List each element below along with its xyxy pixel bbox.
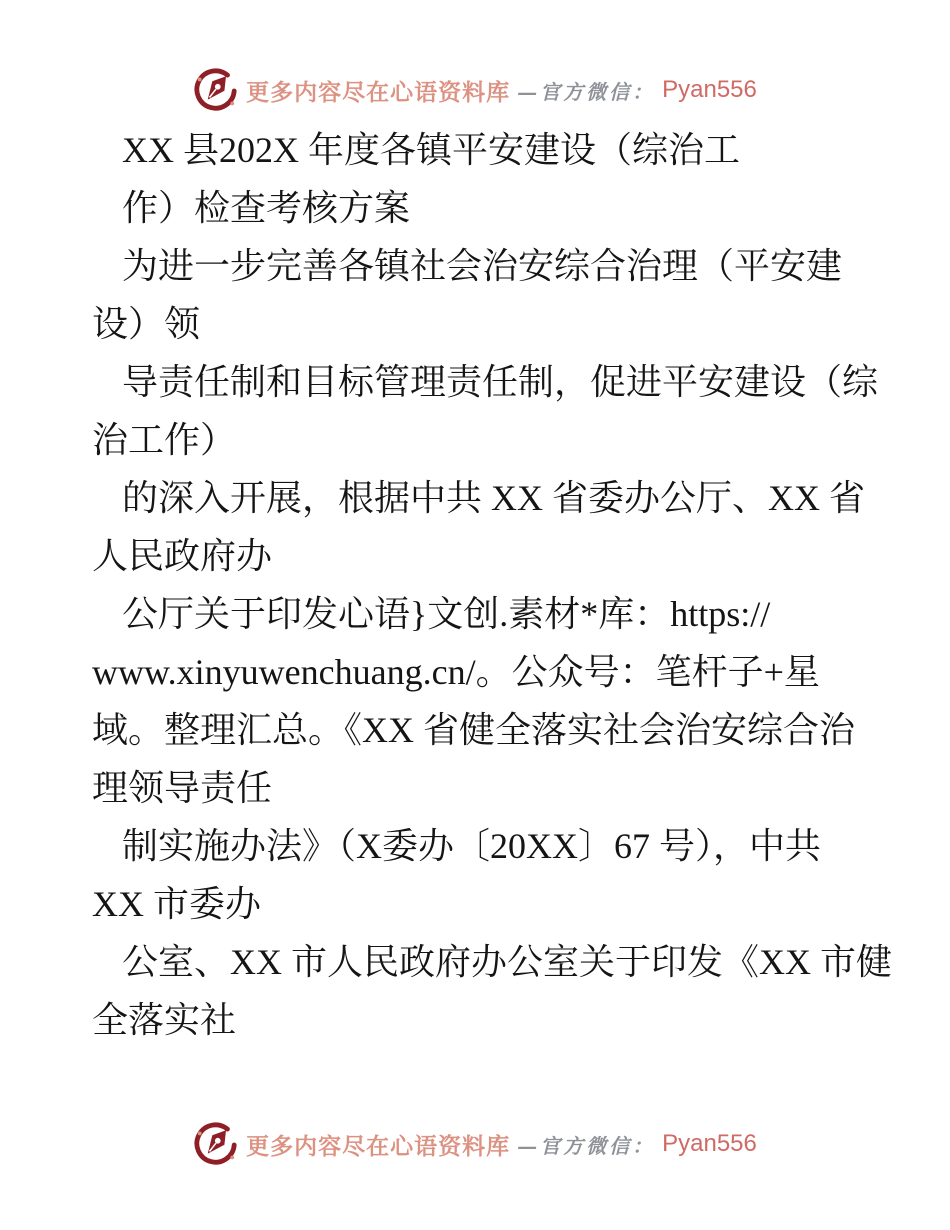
brand-text: 更多内容尽在心语资料库 <box>246 74 510 107</box>
text-line: 导责任制和目标管理责任制，促进平安建设（综 <box>92 353 892 411</box>
text-line: 制实施办法》（X委办〔20XX〕67 号），中共 <box>92 817 892 875</box>
text-line: 全落实社 <box>92 991 892 1049</box>
text-line: www.xinyuwenchuang.cn/。公众号：笔杆子+星 <box>92 643 892 701</box>
brand-logo-icon <box>193 1120 239 1168</box>
header-watermark: 更多内容尽在心语资料库 —官方微信： Pyan556 <box>0 64 950 116</box>
footer-watermark: 更多内容尽在心语资料库 —官方微信： Pyan556 <box>0 1118 950 1170</box>
text-line: 理领导责任 <box>92 759 892 817</box>
document-title-line: XX 县202X 年度各镇平安建设（综治工 <box>92 121 892 179</box>
text-line: 域。整理汇总。《XX 省健全落实社会治安综合治 <box>92 701 892 759</box>
document-title-line: 作）检查考核方案 <box>92 179 892 237</box>
text-line: 公厅关于印发心语}文创.素材*库：https:// <box>92 585 892 643</box>
text-line: XX 市委办 <box>92 875 892 933</box>
text-line: 设）领 <box>92 295 892 353</box>
wechat-id: Pyan556 <box>662 1130 757 1158</box>
document-body: XX 县202X 年度各镇平安建设（综治工 作）检查考核方案 为进一步完善各镇社… <box>92 121 892 1049</box>
brand-logo-icon <box>193 66 239 114</box>
wechat-label: —官方微信： <box>517 1130 655 1159</box>
text-line: 人民政府办 <box>92 527 892 585</box>
text-line: 为进一步完善各镇社会治安综合治理（平安建 <box>92 237 892 295</box>
text-line: 公室、XX 市人民政府办公室关于印发《XX 市健 <box>92 933 892 991</box>
wechat-id: Pyan556 <box>662 76 757 104</box>
text-line: 的深入开展，根据中共 XX 省委办公厅、XX 省 <box>92 469 892 527</box>
wechat-label: —官方微信： <box>517 76 655 105</box>
text-line: 治工作） <box>92 411 892 469</box>
brand-text: 更多内容尽在心语资料库 <box>246 1128 510 1161</box>
